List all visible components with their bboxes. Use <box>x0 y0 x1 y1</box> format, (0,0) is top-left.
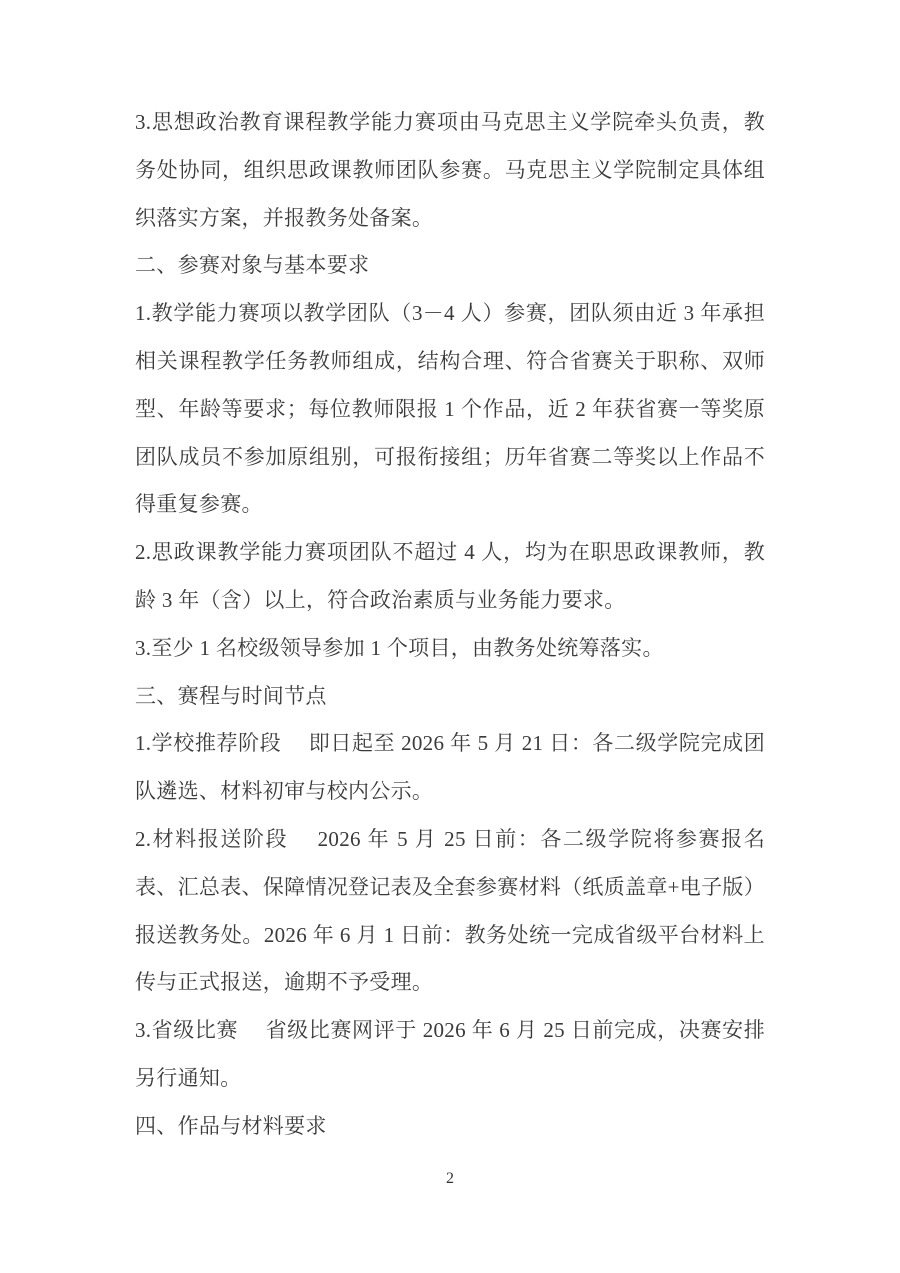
para-item3-ideological-politics-course: 3.思想政治教育课程教学能力赛项由马克思主义学院牵头负责，教务处协同，组织思政课… <box>135 99 765 242</box>
page-number: 2 <box>446 1170 454 1187</box>
page-footer: 2 <box>135 1170 765 1188</box>
para-stage3-provincial-competition: 3.省级比赛 省级比赛网评于 2026 年 6 月 25 日前完成，决赛安排另行… <box>135 1007 765 1103</box>
para-stage1-school-recommendation: 1.学校推荐阶段 即日起至 2026 年 5 月 21 日：各二级学院完成团队遴… <box>135 720 765 816</box>
section-heading-schedule-timeline: 三、赛程与时间节点 <box>135 673 765 721</box>
document-page: 3.思想政治教育课程教学能力赛项由马克思主义学院牵头负责，教务处协同，组织思政课… <box>0 0 900 1273</box>
para-item2-szk-teaching-teams: 2.思政课教学能力赛项团队不超过 4 人，均为在职思政课教师，教龄 3 年（含）… <box>135 529 765 625</box>
document-body: 3.思想政治教育课程教学能力赛项由马克思主义学院牵头负责，教务处协同，组织思政课… <box>135 99 765 1151</box>
para-stage2-material-submission: 2.材料报送阶段 2026 年 5 月 25 日前：各二级学院将参赛报名表、汇总… <box>135 816 765 1007</box>
section-heading-works-material-requirements: 四、作品与材料要求 <box>135 1103 765 1151</box>
section-heading-participants-requirements: 二、参赛对象与基本要求 <box>135 242 765 290</box>
para-item1-teaching-ability-teams: 1.教学能力赛项以教学团队（3－4 人）参赛，团队须由近 3 年承担相关课程教学… <box>135 290 765 529</box>
para-item3-school-leader-participation: 3.至少 1 名校级领导参加 1 个项目，由教务处统筹落实。 <box>135 625 765 673</box>
